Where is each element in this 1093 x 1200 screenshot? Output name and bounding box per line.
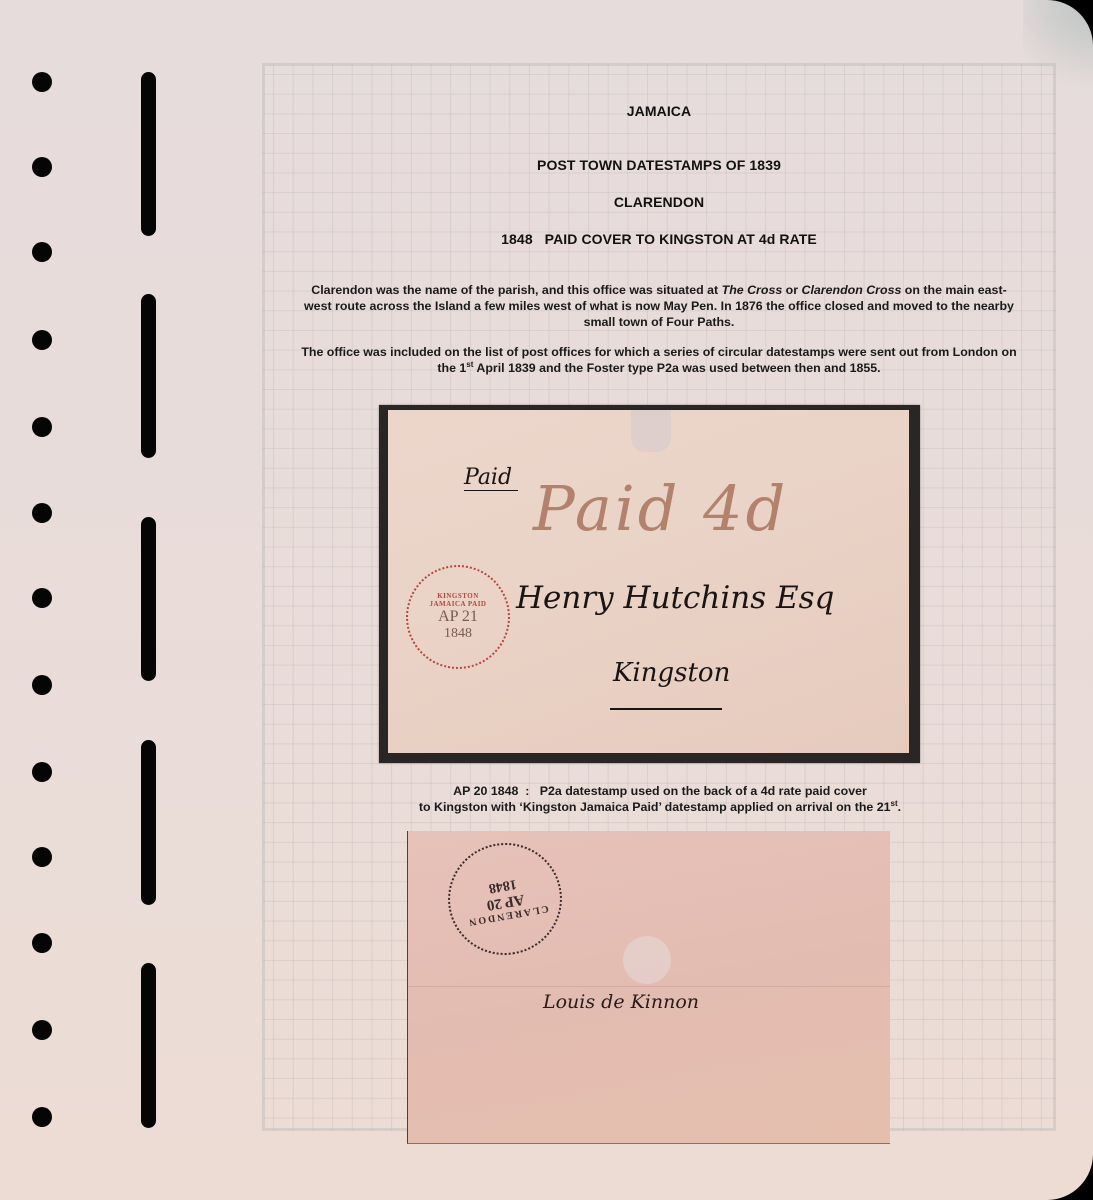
text: .	[898, 800, 901, 814]
clarendon-datestamp: CLARENDON AP 20 1848	[439, 834, 571, 964]
datestamp-date: AP 21	[438, 608, 478, 626]
text: to Kingston with ‘Kingston Jamaica Paid’…	[419, 800, 891, 814]
destination: Kingston	[613, 658, 730, 688]
text: Clarendon was the name of the parish, an…	[311, 283, 721, 297]
manuscript-rate: Paid 4d	[533, 472, 788, 545]
intro-paragraph-2: The office was included on the list of p…	[300, 344, 1018, 376]
binder-hole	[32, 242, 52, 262]
text: April 1839 and the Foster type P2a was u…	[473, 361, 880, 375]
item-heading: 1848 PAID COVER TO KINGSTON AT 4d RATE	[262, 231, 1056, 247]
wax-seal-remnant	[623, 936, 671, 984]
back-cover-image: CLARENDON AP 20 1848 Louis de Kinnon	[407, 831, 890, 1144]
datestamp-ring-text: KINGSTON JAMAICA PAID	[418, 592, 498, 608]
front-cover-mount: Paid Paid 4d KINGSTON JAMAICA PAID AP 21…	[379, 405, 920, 763]
text: or	[782, 283, 801, 297]
binder-slot	[141, 963, 156, 1128]
binder-slot	[141, 72, 156, 236]
binder-slot	[141, 294, 156, 458]
manuscript-paid: Paid	[464, 465, 518, 491]
binder-hole	[32, 503, 52, 523]
page-title: JAMAICA	[262, 103, 1056, 119]
fold-line	[408, 986, 890, 987]
wax-seal-remnant	[631, 410, 671, 452]
binder-hole	[32, 1107, 52, 1127]
intro-paragraph-1: Clarendon was the name of the parish, an…	[300, 282, 1018, 330]
kingston-paid-datestamp: KINGSTON JAMAICA PAID AP 21 1848	[406, 565, 510, 669]
binder-hole	[32, 933, 52, 953]
binder-hole	[32, 330, 52, 350]
page-subtitle: POST TOWN DATESTAMPS OF 1839	[262, 157, 1056, 173]
destination-underline	[610, 708, 722, 710]
addressee: Henry Hutchins Esq	[516, 580, 834, 616]
binder-hole	[32, 762, 52, 782]
superscript: st	[891, 799, 898, 808]
binder-slot	[141, 740, 156, 905]
caption-line-2: to Kingston with ‘Kingston Jamaica Paid’…	[330, 799, 990, 815]
binder-hole	[32, 1020, 52, 1040]
docket-signature: Louis de Kinnon	[543, 991, 699, 1013]
cover-caption: AP 20 1848 : P2a datestamp used on the b…	[330, 783, 990, 815]
italic-text: Clarendon Cross	[802, 283, 902, 297]
front-cover-image: Paid Paid 4d KINGSTON JAMAICA PAID AP 21…	[388, 410, 909, 753]
section-title: CLARENDON	[262, 194, 1056, 210]
binder-hole	[32, 157, 52, 177]
italic-text: The Cross	[722, 283, 783, 297]
caption-line-1: AP 20 1848 : P2a datestamp used on the b…	[330, 783, 990, 799]
binder-hole	[32, 675, 52, 695]
album-page: JAMAICA POST TOWN DATESTAMPS OF 1839 CLA…	[0, 0, 1093, 1200]
datestamp-year: 1848	[444, 626, 472, 642]
binder-hole	[32, 417, 52, 437]
binder-hole	[32, 588, 52, 608]
binder-hole	[32, 847, 52, 867]
binder-slot	[141, 517, 156, 681]
binder-hole	[32, 72, 52, 92]
